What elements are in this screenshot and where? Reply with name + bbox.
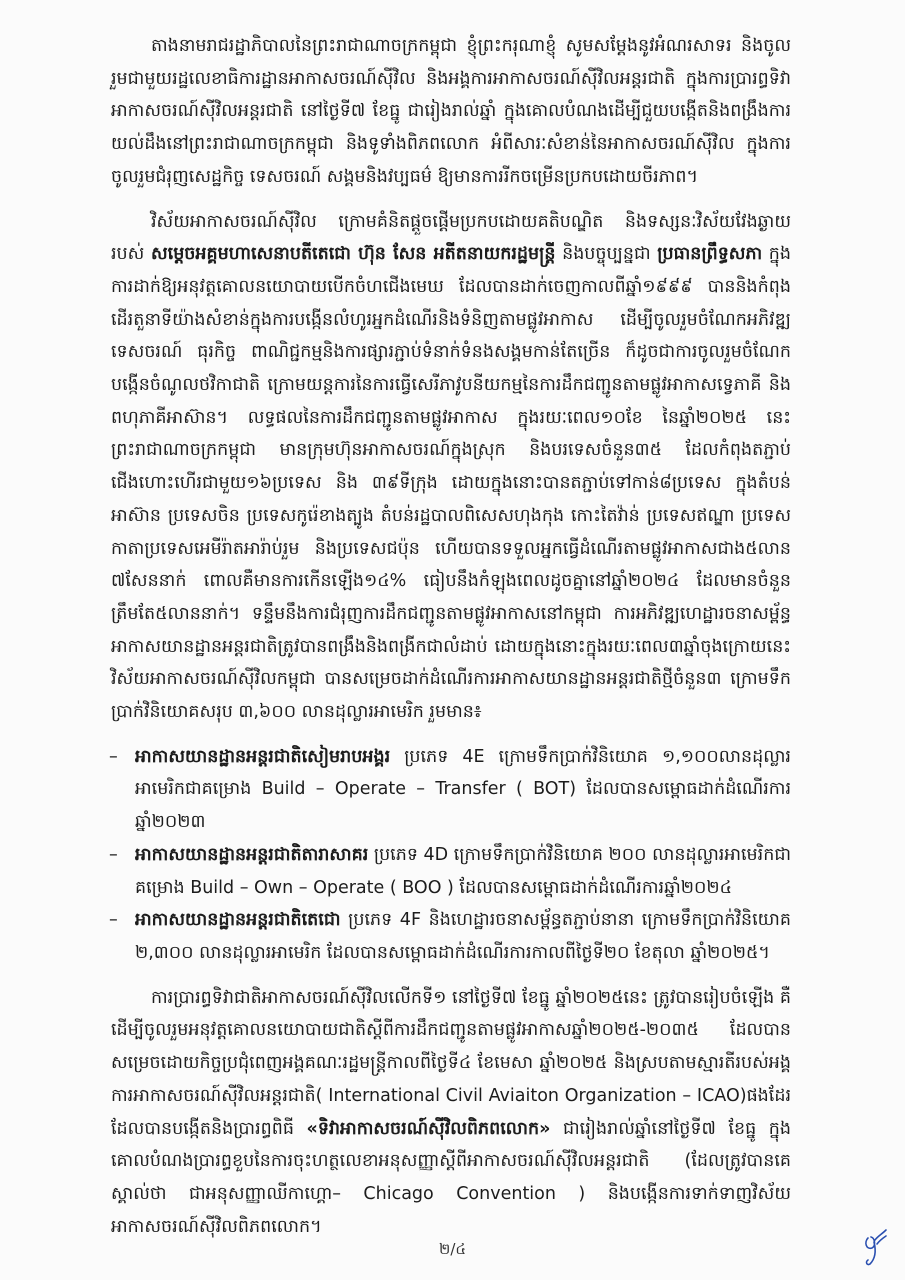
airport-name: អាកាសយានដ្ឋានអន្តរជាតិតេជោ bbox=[135, 910, 341, 930]
dash-bullet: – bbox=[109, 839, 118, 872]
paragraph-text: ក្នុងការដាក់ឱ្យអនុវត្តគោលនយោបាយបើកចំហជើង… bbox=[111, 244, 791, 722]
dash-bullet: – bbox=[109, 904, 118, 937]
bold-name-title: សម្តេចអគ្គមហាសេនាបតីតេជោ ហ៊ុន សែន អតីតនា… bbox=[151, 244, 555, 264]
paragraph-text: និងបច្ចុប្បន្នជា bbox=[555, 244, 657, 264]
paragraph-civil-aviation-policy: វិស័យអាកាសចរណ៍ស៊ីវិល ក្រោមគំនិតផ្តួចផ្តើ… bbox=[111, 206, 791, 729]
paragraph-national-day: ការប្រារព្ធទិវាជាតិអាកាសចរណ៍ស៊ីវិលលើកទី១… bbox=[111, 982, 791, 1244]
handwritten-initial-icon bbox=[862, 1228, 888, 1268]
list-item: –អាកាសយានដ្ឋានអន្តរជាតិតារាសាគរ ប្រភេទ 4… bbox=[111, 839, 791, 904]
airport-name: អាកាសយានដ្ឋានអន្តរជាតិសៀមរាបអង្គរ bbox=[135, 747, 390, 767]
airport-name: អាកាសយានដ្ឋានអន្តរជាតិតារាសាគរ bbox=[135, 845, 368, 865]
dash-bullet: – bbox=[109, 741, 118, 774]
list-item: –អាកាសយានដ្ឋានអន្តរជាតិសៀមរាបអង្គរ ប្រភេ… bbox=[111, 741, 791, 839]
bold-world-day-title: «ទិវាអាកាសចរណ៍ស៊ីវិលពិភពលោក» bbox=[307, 1119, 551, 1139]
page-number: ២/៤ bbox=[439, 1240, 466, 1262]
airport-list: –អាកាសយានដ្ឋានអន្តរជាតិសៀមរាបអង្គរ ប្រភេ… bbox=[111, 741, 791, 970]
list-item: –អាកាសយានដ្ឋានអន្តរជាតិតេជោ ប្រភេទ 4F និ… bbox=[111, 904, 791, 969]
bold-senate-title: ប្រធានព្រឹទ្ធសភា bbox=[657, 244, 762, 264]
document-page: តាងនាមរាជរដ្ឋាភិបាលនៃព្រះរាជាណាចក្រកម្ពុ… bbox=[111, 30, 791, 1255]
paragraph-text: ការប្រារព្ធទិវាជាតិអាកាសចរណ៍ស៊ីវិលលើកទី១… bbox=[111, 988, 791, 1139]
paragraph-intro: តាងនាមរាជរដ្ឋាភិបាលនៃព្រះរាជាណាចក្រកម្ពុ… bbox=[111, 30, 791, 194]
